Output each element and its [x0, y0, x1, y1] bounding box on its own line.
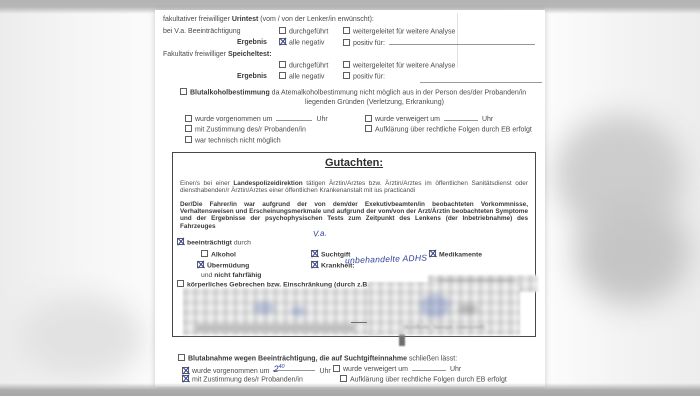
- handwriting-va: V.a.: [313, 229, 327, 239]
- ergebnis-label: Ergebnis: [237, 38, 267, 47]
- blutabnahme-heading: Blutabnahme wegen Beeinträchtigung, die …: [178, 354, 457, 364]
- checkbox-urintest-positiv[interactable]: [343, 39, 350, 46]
- urintest-heading-bold: Urintest: [232, 16, 258, 23]
- label-durchgefuehrt: durchgeführt: [289, 29, 328, 36]
- beeintraechtigt-rest: durch: [232, 240, 251, 247]
- label-uebermuedung: Übermüdung: [207, 263, 249, 270]
- row-nicht-fahrfaehig: und nicht fahrfähig: [201, 271, 261, 280]
- blutalkohol-bold: Blutalkoholbestimmung: [190, 90, 270, 97]
- handwriting-krankheit-note: unbehandelte ADHS: [345, 253, 428, 266]
- checkbox-speicheltest-durchgefuehrt[interactable]: [279, 61, 286, 68]
- label-alle-negativ: alle negativ: [289, 74, 324, 81]
- gutachten-paragraph-2: Der/Die Fahrer/in war aufgrund der von d…: [180, 201, 528, 230]
- checkbox-blutabnahme-aufklaerung[interactable]: [340, 375, 347, 382]
- para1-pre: Einer/s bei einer: [180, 180, 233, 187]
- ergebnis-label: Ergebnis: [237, 72, 267, 81]
- label-zustimmung: mit Zustimmung des/r Probanden/in: [192, 376, 303, 383]
- checkbox-blutabnahme-verweigert[interactable]: [333, 365, 340, 372]
- speicheltest-heading-post: :: [269, 51, 271, 58]
- checkbox-speicheltest-positiv[interactable]: [343, 72, 350, 79]
- redacted-caption: [195, 324, 355, 332]
- label-wurde-vorgenommen: wurde vorgenommen um: [195, 116, 272, 123]
- backdrop-blur-blob: [575, 200, 690, 305]
- label-positiv-fuer: positiv für:: [353, 40, 385, 47]
- label-weitergeleitet: weitergeleitet für weitere Analyse: [353, 63, 455, 70]
- label-durchgefuehrt: durchgeführt: [289, 63, 328, 70]
- checkbox-speicheltest-weitergeleitet[interactable]: [343, 61, 350, 68]
- time-fill-line[interactable]: [444, 114, 478, 121]
- urintest-heading: fakultativer freiwilliger Urintest (vom …: [163, 15, 374, 24]
- urintest-heading-post: (vom / von der Lenker/in erwünscht):: [258, 16, 374, 23]
- checkbox-blutabnahme-zustimmung[interactable]: [182, 375, 189, 382]
- checkbox-speicheltest-alle-negativ[interactable]: [279, 72, 286, 79]
- checkbox-blutalkohol-aufklaerung[interactable]: [365, 125, 372, 132]
- checkbox-blutabnahme-vorgenommen[interactable]: [182, 367, 189, 374]
- checkbox-urintest-alle-negativ[interactable]: [279, 38, 286, 45]
- blutalkohol-row-technisch: war technisch nicht möglich: [185, 136, 281, 146]
- label-alle-negativ: alle negativ: [289, 40, 324, 47]
- label-positiv-fuer: positiv für:: [353, 74, 385, 81]
- time-fill-line[interactable]: [276, 114, 312, 121]
- checkbox-blutalkohol-vorgenommen[interactable]: [185, 115, 192, 122]
- blutabnahme-bold: Blutabnahme wegen Beeinträchtigung, die …: [188, 356, 407, 363]
- backdrop-blur-blob: [18, 295, 143, 380]
- signature-line: [351, 322, 367, 323]
- handwriting-time: 240: [273, 364, 284, 374]
- bei-va-label: bei V.a. Beeinträchtigung: [163, 27, 241, 36]
- time-fill-line[interactable]: [412, 364, 446, 371]
- checkbox-alkohol[interactable]: [201, 250, 208, 257]
- backdrop-bottom-band: [0, 383, 700, 396]
- positiv-fill-line[interactable]: [420, 82, 542, 83]
- urintest-heading-pre: fakultativer freiwilliger: [163, 16, 232, 23]
- label-uhr: Uhr: [482, 116, 493, 123]
- label-technisch: war technisch nicht möglich: [195, 138, 281, 145]
- label-aufklaerung: Aufklärung über rechtliche Folgen durch …: [375, 127, 532, 134]
- para1-bold: Landespolizeidirektion: [233, 180, 302, 187]
- label-uhr: Uhr: [450, 366, 461, 373]
- signature-caption: (Arzt/Ärztin, Stempel, Unterschrift): [368, 325, 520, 331]
- checkbox-blutalkohol-verweigert[interactable]: [365, 115, 372, 122]
- checkbox-blutabnahme[interactable]: [178, 354, 185, 361]
- document-page: fakultativer freiwilliger Urintest (vom …: [155, 10, 545, 387]
- checkbox-krankheit[interactable]: [311, 261, 318, 268]
- label-zustimmung: mit Zustimmung des/r Probanden/in: [195, 127, 306, 134]
- positiv-fill-line[interactable]: [389, 38, 535, 45]
- gutachten-title: Gutachten:: [173, 157, 535, 169]
- label-uhr: Uhr: [316, 116, 327, 123]
- screenshot-frame: fakultativer freiwilliger Urintest (vom …: [0, 0, 700, 396]
- redaction-block-right: (Arzt/Ärztin, Stempel, Unterschrift): [368, 282, 520, 335]
- speicheltest-heading-pre: Fakultativ freiwilliger: [163, 51, 228, 58]
- label-medikamente: Medikamente: [439, 252, 482, 259]
- blutalkohol-rest: da Atemalkoholbestimmung nicht möglich a…: [270, 90, 526, 97]
- checkbox-suchtgift[interactable]: [311, 250, 318, 257]
- beeintraechtigt-bold: beeinträchtigt: [187, 240, 232, 247]
- checkbox-medikamente[interactable]: [429, 250, 436, 257]
- label-wurde-verweigert: wurde verweigert um: [375, 116, 440, 123]
- checkbox-koerperlich[interactable]: [177, 280, 184, 287]
- label-aufklaerung: Aufklärung über rechtliche Folgen durch …: [350, 376, 507, 383]
- speicheltest-heading-bold: Speicheltest: [228, 51, 269, 58]
- nicht-fahrfaehig-bold: nicht fahrfähig: [214, 272, 261, 279]
- checkbox-blutalkohol-zustimmung[interactable]: [185, 125, 192, 132]
- blutalkohol-heading: Blutalkoholbestimmung da Atemalkoholbest…: [180, 88, 526, 98]
- label-weitergeleitet: weitergeleitet für weitere Analyse: [353, 29, 455, 36]
- label-uhr: Uhr: [319, 368, 330, 375]
- label-wurde-verweigert: wurde verweigert um: [343, 366, 408, 373]
- checkbox-beeintraechtigt[interactable]: [177, 238, 184, 245]
- speicheltest-heading: Fakultativ freiwilliger Speicheltest:: [163, 50, 272, 59]
- nicht-fahrfaehig-pre: und: [201, 272, 214, 279]
- blutabnahme-rest: schließen lässt:: [407, 356, 457, 363]
- row-beeintraechtigt: beeinträchtigt durch: [177, 238, 251, 248]
- checkbox-urintest-weitergeleitet[interactable]: [343, 27, 350, 34]
- redaction-block-left: [183, 288, 379, 335]
- checkbox-uebermuedung[interactable]: [197, 261, 204, 268]
- checkbox-urintest-durchgefuehrt[interactable]: [279, 27, 286, 34]
- label-alkohol: Alkohol: [211, 252, 236, 259]
- gutachten-paragraph-1: Einer/s bei einer Landespolizeidirektion…: [180, 180, 528, 194]
- checkbox-blutalkohol-technisch[interactable]: [185, 136, 192, 143]
- blutalkohol-line2: liegenden Gründen (Verletzung, Erkrankun…: [305, 98, 444, 107]
- checkbox-blutalkohol[interactable]: [180, 88, 187, 95]
